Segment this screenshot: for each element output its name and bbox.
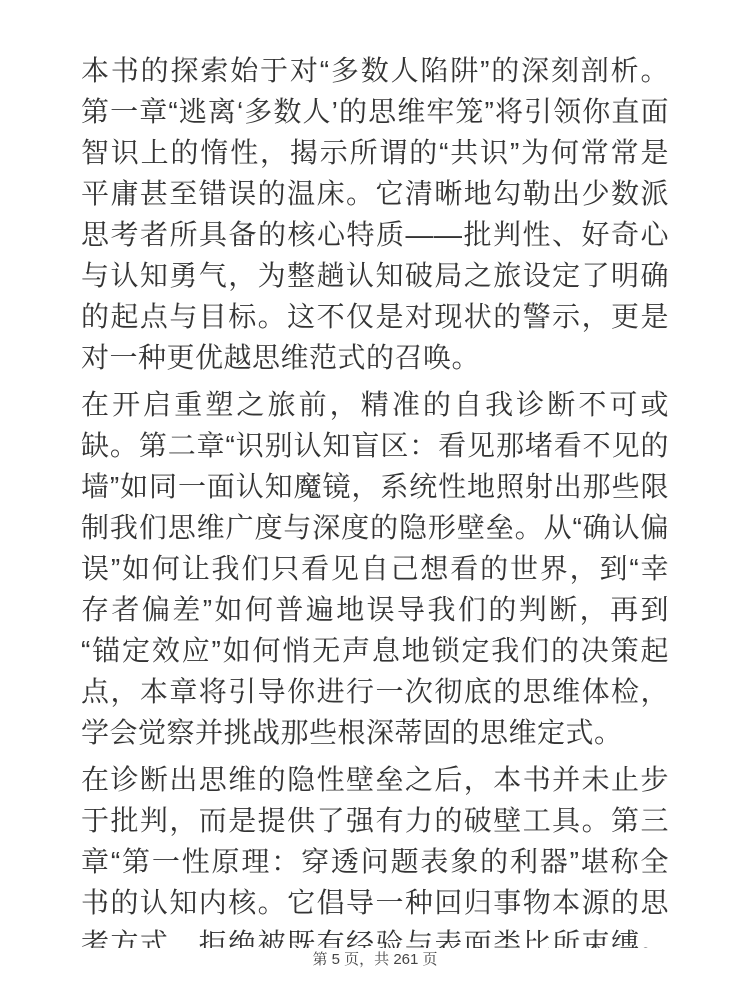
document-page: 本书的探索始于对“多数人陷阱”的深刻剖析。第一章“逃离‘多数人’的思维牢笼”将引… [0,0,750,1000]
body-paragraph: 本书的探索始于对“多数人陷阱”的深刻剖析。第一章“逃离‘多数人’的思维牢笼”将引… [81,50,669,378]
page-text-content: 本书的探索始于对“多数人陷阱”的深刻剖析。第一章“逃离‘多数人’的思维牢笼”将引… [81,50,669,948]
body-paragraph: 在诊断出思维的隐性壁垒之后，本书并未止步于批判，而是提供了强有力的破壁工具。第三… [81,759,669,948]
body-paragraph: 在开启重塑之旅前，精准的自我诊断不可或缺。第二章“识别认知盲区：看见那堵看不见的… [81,384,669,753]
page-indicator: 第 5 页，共 261 页 [0,950,750,970]
